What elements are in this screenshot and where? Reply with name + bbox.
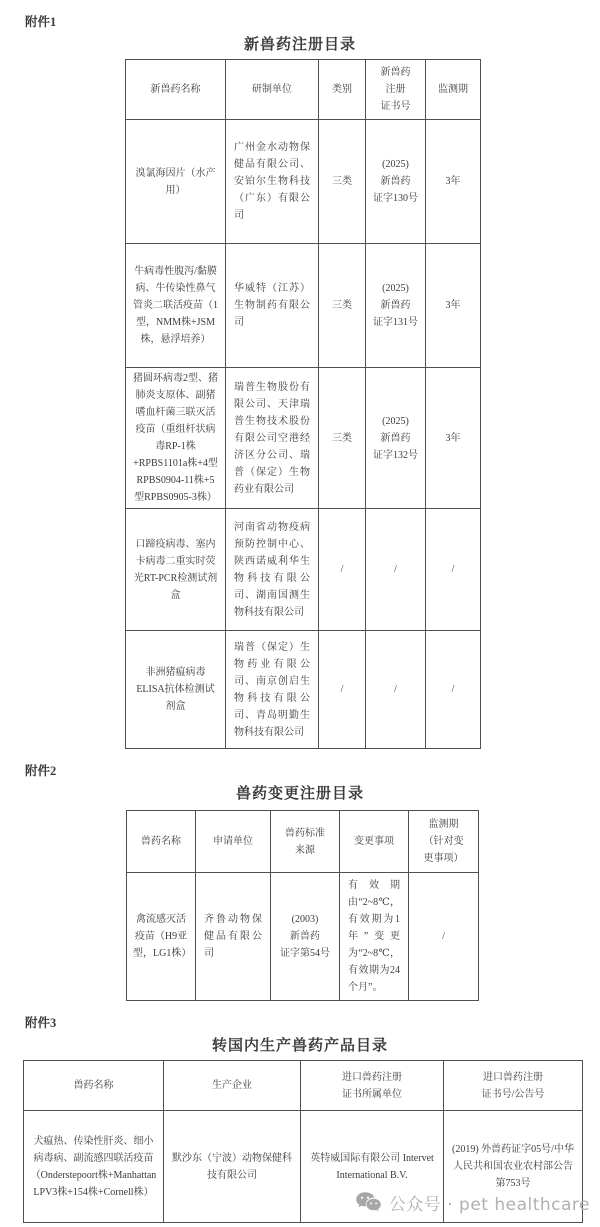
developer-cell: 河南省动物疫病预防控制中心、陕西诺威利华生物科技有限公司、湖南国测生物科技有限公… (226, 509, 319, 631)
table-row: 口蹄疫病毒、塞内卡病毒二重实时荧光RT-PCR检测试剂盒 河南省动物疫病预防控制… (126, 509, 481, 631)
change-item-cell: 有效期由“2~8℃，有效期为1年”变更为“2~8℃，有效期为24个月”。 (340, 873, 409, 1001)
header-applicant: 申请单位 (196, 811, 271, 873)
attachment1-title: 新兽药注册目录 (0, 35, 600, 55)
header-developer: 研制单位 (226, 60, 319, 120)
watermark: 公众号 · pet healthcare (355, 1190, 590, 1215)
monitor-period-cell: 3年 (426, 368, 481, 509)
category-cell: / (319, 509, 366, 631)
table-row: 非洲猪瘟病毒ELISA抗体检测试剂盒 瑞普（保定）生物药业有限公司、南京创启生物… (126, 631, 481, 749)
monitor-period-cell: 3年 (426, 244, 481, 368)
table-row: 牛病毒性腹泻/黏膜病、牛传染性鼻气管炎二联活疫苗（1型，NMM株+JSM株，悬浮… (126, 244, 481, 368)
header-monitor-period: 监测期 (426, 60, 481, 120)
drug-name-cell: 猪圆环病毒2型、猪肺炎支原体、副猪嗜血杆菌三联灭活疫苗（重组杆状病毒RP-1株+… (126, 368, 226, 509)
attachment2-title: 兽药变更注册目录 (0, 784, 600, 804)
header-drug-name: 兽药名称 (127, 811, 196, 873)
developer-cell: 广州金水动物保健品有限公司、安铂尔生物科技（广东）有限公司 (226, 120, 319, 244)
category-cell: 三类 (319, 120, 366, 244)
cert-number-cell: / (366, 509, 426, 631)
header-change-item: 变更事项 (340, 811, 409, 873)
table-row: 猪圆环病毒2型、猪肺炎支原体、副猪嗜血杆菌三联灭活疫苗（重组杆状病毒RP-1株+… (126, 368, 481, 509)
monitor-period-cell: 3年 (426, 120, 481, 244)
applicant-cell: 齐鲁动物保健品有限公司 (196, 873, 271, 1001)
wechat-icon (355, 1191, 382, 1214)
drug-name-cell: 禽流感灭活疫苗（H9亚型，LG1株） (127, 873, 196, 1001)
developer-cell: 瑞普生物股份有限公司、天津瑞普生物技术股份有限公司空港经济区分公司、瑞普（保定）… (226, 368, 319, 509)
header-producer: 生产企业 (164, 1061, 301, 1111)
drug-name-cell: 牛病毒性腹泻/黏膜病、牛传染性鼻气管炎二联活疫苗（1型，NMM株+JSM株，悬浮… (126, 244, 226, 368)
drug-change-registration-table: 兽药名称 申请单位 兽药标准 来源 变更事项 监测期 （针对变 更事项） 禽流感… (126, 810, 479, 1001)
table-header-row: 兽药名称 生产企业 进口兽药注册 证书所属单位 进口兽药注册 证书号/公告号 (24, 1061, 583, 1111)
watermark-text: 公众号 · pet healthcare (389, 1190, 590, 1215)
header-cert-number: 新兽药 注册 证书号 (366, 60, 426, 120)
category-cell: 三类 (319, 244, 366, 368)
header-cert-owner: 进口兽药注册 证书所属单位 (301, 1061, 444, 1111)
developer-cell: 瑞普（保定）生物药业有限公司、南京创启生物科技有限公司、青岛明勤生物科技有限公司 (226, 631, 319, 749)
standard-source-cell: (2003) 新兽药 证字第54号 (271, 873, 340, 1001)
monitor-period-cell: / (409, 873, 479, 1001)
monitor-period-cell: / (426, 631, 481, 749)
developer-cell: 华威特（江苏）生物制药有限公司 (226, 244, 319, 368)
header-drug-name: 兽药名称 (24, 1061, 164, 1111)
drug-name-cell: 溴氯海因片（水产用） (126, 120, 226, 244)
monitor-period-cell: / (426, 509, 481, 631)
cert-number-cell: (2025) 新兽药 证字130号 (366, 120, 426, 244)
table-row: 溴氯海因片（水产用） 广州金水动物保健品有限公司、安铂尔生物科技（广东）有限公司… (126, 120, 481, 244)
cert-number-cell: / (366, 631, 426, 749)
header-monitor-period: 监测期 （针对变 更事项） (409, 811, 479, 873)
drug-name-cell: 口蹄疫病毒、塞内卡病毒二重实时荧光RT-PCR检测试剂盒 (126, 509, 226, 631)
cert-number-cell: (2025) 新兽药 证字132号 (366, 368, 426, 509)
attachment3-title: 转国内生产兽药产品目录 (0, 1036, 600, 1056)
attachment1-label: 附件1 (0, 0, 600, 30)
category-cell: / (319, 631, 366, 749)
header-drug-name: 新兽药名称 (126, 60, 226, 120)
header-standard-source: 兽药标准 来源 (271, 811, 340, 873)
header-category: 类别 (319, 60, 366, 120)
table-row: 禽流感灭活疫苗（H9亚型，LG1株） 齐鲁动物保健品有限公司 (2003) 新兽… (127, 873, 479, 1001)
table-header-row: 新兽药名称 研制单位 类别 新兽药 注册 证书号 监测期 (126, 60, 481, 120)
category-cell: 三类 (319, 368, 366, 509)
attachment3-label: 附件3 (0, 1001, 600, 1031)
cert-number-cell: (2025) 新兽药 证字131号 (366, 244, 426, 368)
header-cert-no: 进口兽药注册 证书号/公告号 (444, 1061, 583, 1111)
table-header-row: 兽药名称 申请单位 兽药标准 来源 变更事项 监测期 （针对变 更事项） (127, 811, 479, 873)
producer-cell: 默沙东（宁波）动物保健科技有限公司 (164, 1111, 301, 1223)
new-drug-registration-table: 新兽药名称 研制单位 类别 新兽药 注册 证书号 监测期 溴氯海因片（水产用） … (125, 59, 481, 749)
document-page: 附件1 新兽药注册目录 新兽药名称 研制单位 类别 新兽药 注册 证书号 监测期… (0, 0, 600, 1227)
attachment2-label: 附件2 (0, 749, 600, 779)
drug-name-cell: 犬瘟热、传染性肝炎、细小病毒病、副流感四联活疫苗（Onderstepoort株+… (24, 1111, 164, 1223)
drug-name-cell: 非洲猪瘟病毒ELISA抗体检测试剂盒 (126, 631, 226, 749)
